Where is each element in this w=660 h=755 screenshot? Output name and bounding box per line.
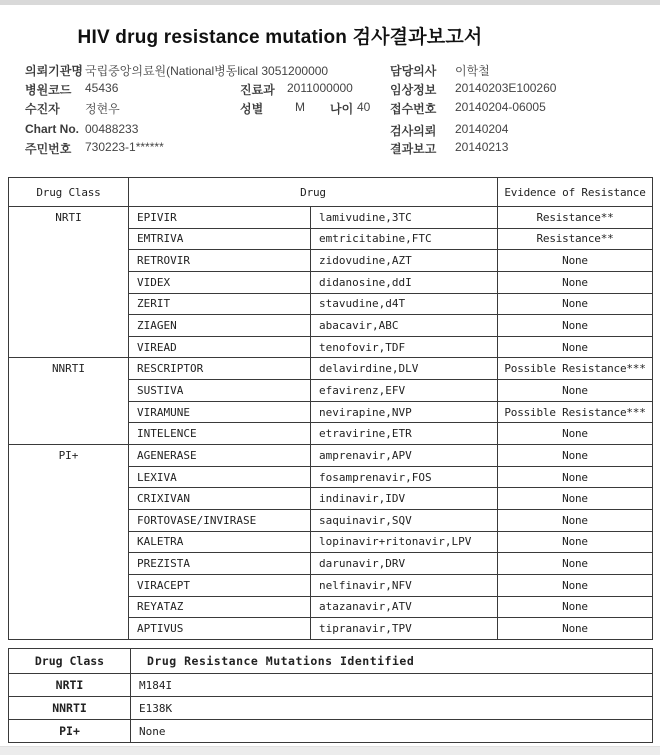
drug-resistance-evidence-table: Drug Class Drug Evidence of Resistance N… [8, 177, 653, 640]
drug-generic-cell: lamivudine,3TC [311, 207, 498, 229]
drug-generic-cell: emtricitabine,FTC [311, 228, 498, 250]
info-label-resident-id: 주민번호 [25, 140, 71, 157]
evidence-cell: None [498, 531, 653, 553]
col-header-mutations: Drug Resistance Mutations Identified [131, 649, 653, 674]
evidence-cell: None [498, 315, 653, 337]
drug-generic-cell: delavirdine,DLV [311, 358, 498, 380]
col-header-evidence: Evidence of Resistance [498, 178, 653, 207]
info-row: 의뢰기관명 국립중앙의료원(National병동lical 3051200000… [0, 62, 660, 78]
info-value-department: 2011000000 [287, 81, 353, 95]
evidence-cell: None [498, 488, 653, 510]
drug-brand-cell: KALETRA [129, 531, 311, 553]
evidence-cell: None [498, 271, 653, 293]
info-label-department: 진료과 [240, 81, 275, 98]
drug-brand-cell: APTIVUS [129, 618, 311, 640]
drug-generic-cell: nelfinavir,NFV [311, 574, 498, 596]
drug-generic-cell: darunavir,DRV [311, 553, 498, 575]
drug-class-cell: NRTI [9, 674, 131, 697]
drug-brand-cell: EPIVIR [129, 207, 311, 229]
evidence-cell: Resistance** [498, 207, 653, 229]
drug-generic-cell: etravirine,ETR [311, 423, 498, 445]
info-value-test-requested: 20140204 [455, 122, 508, 136]
col-header-drug-class: Drug Class [9, 649, 131, 674]
drug-generic-cell: indinavir,IDV [311, 488, 498, 510]
drug-class-cell: NNRTI [9, 697, 131, 720]
evidence-cell: None [498, 618, 653, 640]
drug-brand-cell: RESCRIPTOR [129, 358, 311, 380]
evidence-cell: None [498, 380, 653, 402]
drug-brand-cell: VIRAMUNE [129, 401, 311, 423]
top-divider-bar [0, 0, 660, 5]
col-header-drug: Drug [129, 178, 498, 207]
info-value-clinical-info: 20140203E100260 [455, 81, 556, 95]
patient-info-header: 의뢰기관명 국립중앙의료원(National병동lical 3051200000… [0, 58, 660, 170]
table-row: NNRTI E138K [9, 697, 653, 720]
info-label-age: 나이 [330, 100, 353, 117]
evidence-cell: None [498, 466, 653, 488]
table-row: PI+ AGENERASE amprenavir,APV None [9, 445, 653, 467]
info-label-chart-no: Chart No. [25, 122, 79, 136]
drug-brand-cell: CRIXIVAN [129, 488, 311, 510]
info-value-chart-no: 00488233 [85, 122, 138, 136]
evidence-cell: None [498, 423, 653, 445]
drug-class-cell: NRTI [9, 207, 129, 358]
evidence-cell: None [498, 553, 653, 575]
info-row: 주민번호 730223-1****** 결과보고 20140213 [0, 140, 660, 156]
drug-generic-cell: zidovudine,AZT [311, 250, 498, 272]
evidence-cell: None [498, 445, 653, 467]
drug-generic-cell: fosamprenavir,FOS [311, 466, 498, 488]
info-label-accession-no: 접수번호 [390, 100, 436, 117]
drug-generic-cell: stavudine,d4T [311, 293, 498, 315]
info-label-sex: 성별 [240, 100, 263, 117]
drug-brand-cell: EMTRIVA [129, 228, 311, 250]
table-row: NRTI M184I [9, 674, 653, 697]
drug-class-cell: PI+ [9, 720, 131, 743]
info-value-sex: M [295, 100, 305, 114]
evidence-cell: Possible Resistance*** [498, 358, 653, 380]
evidence-cell: None [498, 509, 653, 531]
evidence-cell: None [498, 250, 653, 272]
drug-brand-cell: SUSTIVA [129, 380, 311, 402]
info-row: 수진자 정현우 성별 M 나이 40 접수번호 20140204-06005 [0, 100, 660, 116]
evidence-cell: None [498, 596, 653, 618]
info-label-attending-doctor: 담당의사 [390, 62, 436, 79]
drug-generic-cell: didanosine,ddI [311, 271, 498, 293]
drug-brand-cell: ZERIT [129, 293, 311, 315]
info-value-hospital-code: 45436 [85, 81, 118, 95]
info-label-hospital-code: 병원코드 [25, 81, 71, 98]
mutations-cell: None [131, 720, 653, 743]
drug-generic-cell: amprenavir,APV [311, 445, 498, 467]
drug-generic-cell: saquinavir,SQV [311, 509, 498, 531]
page-title: HIV drug resistance mutation 검사결과보고서 [0, 22, 560, 49]
info-value-accession-no: 20140204-06005 [455, 100, 546, 114]
info-label-result-reported: 결과보고 [390, 140, 436, 157]
info-value-result-reported: 20140213 [455, 140, 508, 154]
drug-generic-cell: tipranavir,TPV [311, 618, 498, 640]
drug-class-cell: PI+ [9, 445, 129, 640]
col-header-drug-class: Drug Class [9, 178, 129, 207]
mutations-cell: M184I [131, 674, 653, 697]
info-row: Chart No. 00488233 검사의뢰 20140204 [0, 122, 660, 138]
drug-generic-cell: efavirenz,EFV [311, 380, 498, 402]
mutations-cell: E138K [131, 697, 653, 720]
drug-brand-cell: VIDEX [129, 271, 311, 293]
drug-brand-cell: ZIAGEN [129, 315, 311, 337]
table-row: NRTI EPIVIR lamivudine,3TC Resistance** [9, 207, 653, 229]
info-label-patient-name: 수진자 [25, 100, 60, 117]
drug-class-cell: NNRTI [9, 358, 129, 445]
info-row: 병원코드 45436 진료과 2011000000 임상정보 20140203E… [0, 81, 660, 97]
info-value-resident-id: 730223-1****** [85, 140, 164, 154]
table-header-row: Drug Class Drug Resistance Mutations Ide… [9, 649, 653, 674]
drug-generic-cell: atazanavir,ATV [311, 596, 498, 618]
drug-brand-cell: VIRACEPT [129, 574, 311, 596]
mutations-identified-table: Drug Class Drug Resistance Mutations Ide… [8, 648, 653, 743]
drug-generic-cell: tenofovir,TDF [311, 336, 498, 358]
drug-generic-cell: lopinavir+ritonavir,LPV [311, 531, 498, 553]
info-value-age: 40 [357, 100, 370, 114]
drug-brand-cell: REYATAZ [129, 596, 311, 618]
table-header-row: Drug Class Drug Evidence of Resistance [9, 178, 653, 207]
info-label-ordering-institution: 의뢰기관명 [25, 62, 83, 79]
info-value-patient-name: 정현우 [85, 100, 120, 117]
info-value-ordering-institution: 국립중앙의료원(National병동lical 3051200000 [85, 62, 328, 79]
drug-brand-cell: AGENERASE [129, 445, 311, 467]
info-label-test-requested: 검사의뢰 [390, 122, 436, 139]
evidence-cell: None [498, 293, 653, 315]
drug-brand-cell: VIREAD [129, 336, 311, 358]
drug-brand-cell: FORTOVASE/INVIRASE [129, 509, 311, 531]
drug-brand-cell: LEXIVA [129, 466, 311, 488]
drug-brand-cell: RETROVIR [129, 250, 311, 272]
table-row: PI+ None [9, 720, 653, 743]
table-row: NNRTI RESCRIPTOR delavirdine,DLV Possibl… [9, 358, 653, 380]
evidence-cell: Resistance** [498, 228, 653, 250]
drug-generic-cell: abacavir,ABC [311, 315, 498, 337]
evidence-cell: None [498, 574, 653, 596]
drug-brand-cell: INTELENCE [129, 423, 311, 445]
info-label-clinical-info: 임상정보 [390, 81, 436, 98]
evidence-cell: Possible Resistance*** [498, 401, 653, 423]
drug-brand-cell: PREZISTA [129, 553, 311, 575]
info-value-attending-doctor: 이학철 [455, 62, 490, 79]
drug-generic-cell: nevirapine,NVP [311, 401, 498, 423]
evidence-cell: None [498, 336, 653, 358]
bottom-divider-bar [0, 746, 660, 755]
